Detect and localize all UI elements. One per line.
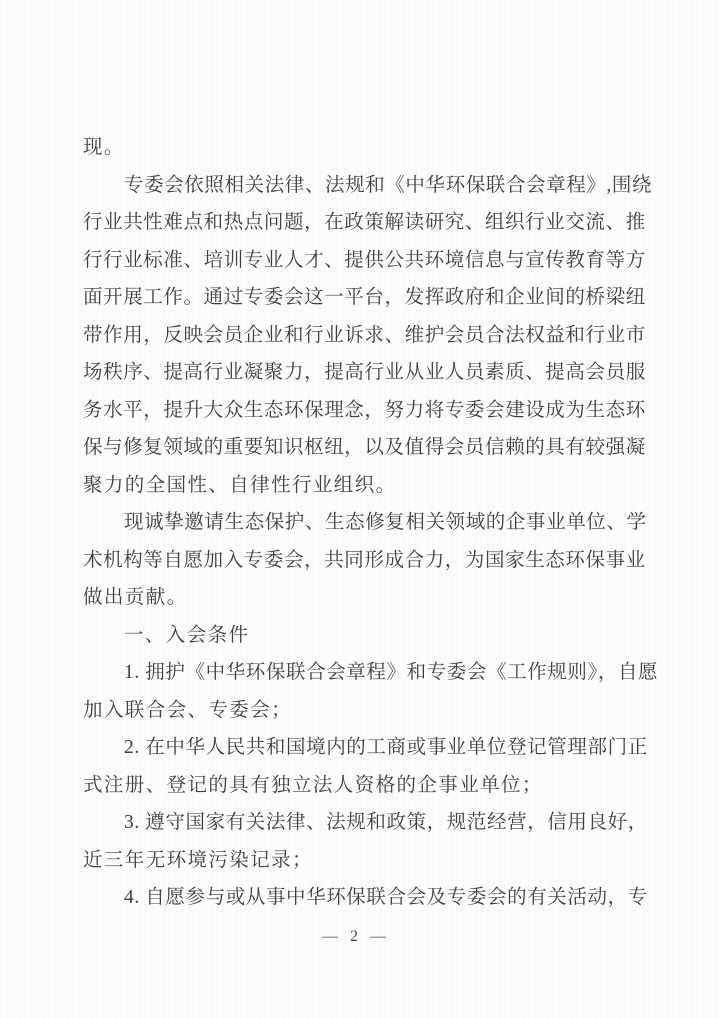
text-line: 现。 [83,129,636,167]
text-line: 术机构等自愿加入专委会，共同形成合力，为国家生态环保事业 [83,542,636,580]
text-line: 面开展工作。通过专委会这一平台，发挥政府和企业间的桥梁纽 [83,279,636,317]
text-line: 现诚挚邀请生态保护、生态修复相关领域的企事业单位、学 [83,504,636,542]
text-line: 式注册、登记的具有独立法人资格的企事业单位； [83,767,636,805]
text-line: 务水平，提升大众生态环保理念，努力将专委会建设成为生态环 [83,392,636,430]
text-line: 3. 遵守国家有关法律、法规和政策，规范经营，信用良好， [83,804,636,842]
text-line: 聚力的全国性、自律性行业组织。 [83,467,636,505]
text-line: 保与修复领域的重要知识枢纽，以及值得会员信赖的具有较强凝 [83,429,636,467]
document-body: 现。专委会依照相关法律、法规和《中华环保联合会章程》,围绕行业共性难点和热点问题… [83,129,636,917]
text-line: 2. 在中华人民共和国境内的工商或事业单位登记管理部门正 [83,729,636,767]
text-line: 一、入会条件 [83,617,636,655]
text-line: 场秩序、提高行业凝聚力，提高行业从业人员素质、提高会员服 [83,354,636,392]
page-number: — 2 — [0,928,712,946]
text-line: 4. 自愿参与或从事中华环保联合会及专委会的有关活动，专 [83,879,636,917]
text-line: 行行业标准、培训专业人才、提供公共环境信息与宣传教育等方 [83,242,636,280]
text-line: 近三年无环境污染记录； [83,842,636,880]
text-line: 行业共性难点和热点问题，在政策解读研究、组织行业交流、推 [83,204,636,242]
text-line: 加入联合会、专委会； [83,692,636,730]
text-line: 做出贡献。 [83,579,636,617]
text-line: 带作用，反映会员企业和行业诉求、维护会员合法权益和行业市 [83,317,636,355]
text-line: 专委会依照相关法律、法规和《中华环保联合会章程》,围绕 [83,167,636,205]
text-line: 1. 拥护《中华环保联合会章程》和专委会《工作规则》，自愿 [83,654,636,692]
